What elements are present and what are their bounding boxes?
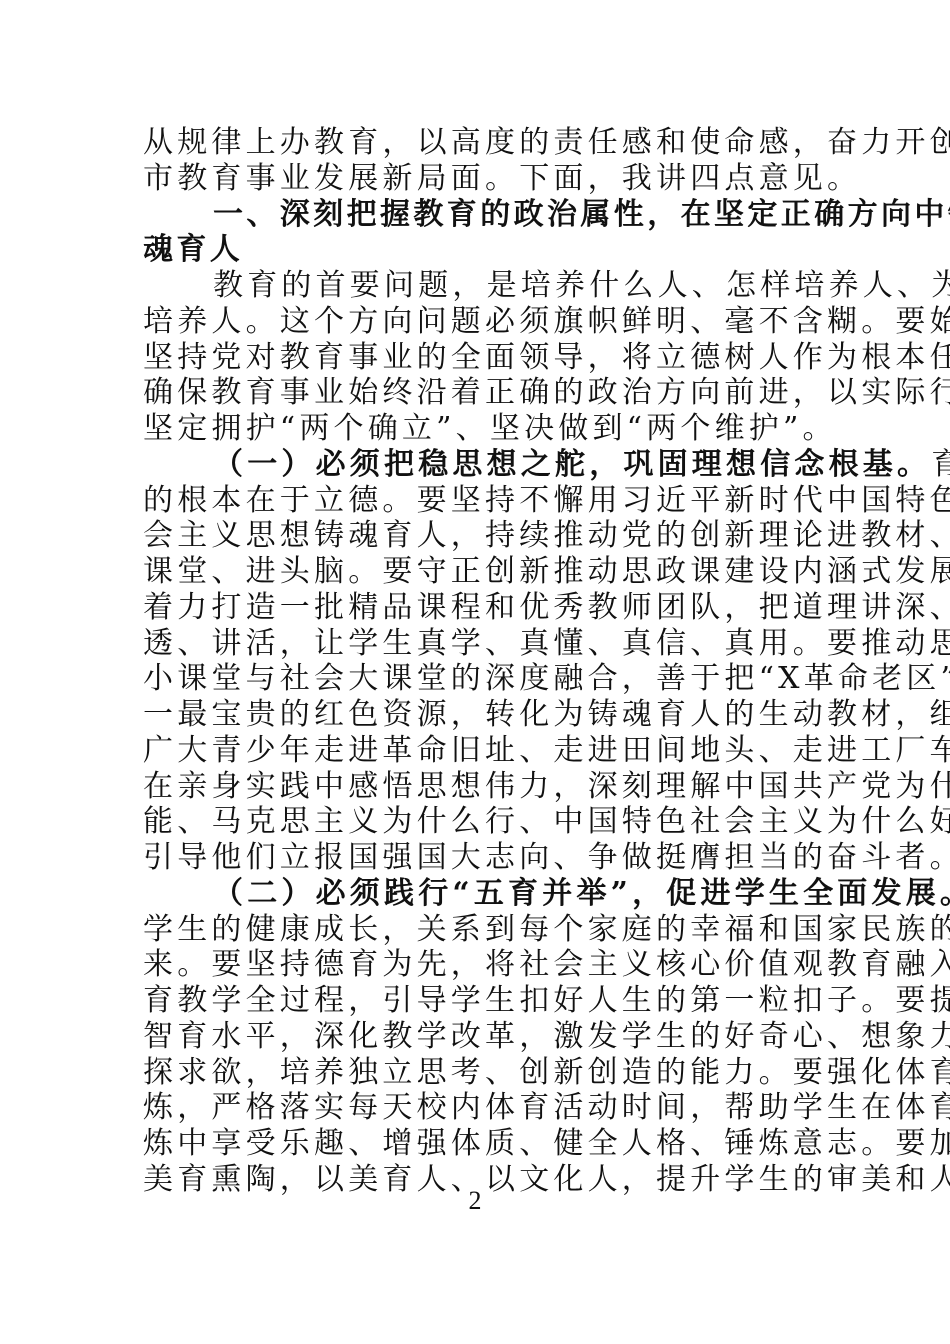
paragraph-line: 学生的健康成长，关系到每个家庭的幸福和国家民族的未	[143, 912, 809, 948]
document-page: 从规律上办教育，以高度的责任感和使命感，奋力开创我市教育事业发展新局面。下面，我…	[0, 0, 950, 1344]
line-text: 引导他们立报国强国大志向、争做挺膺担当的奋斗者。	[143, 840, 950, 875]
paragraph-line: 一最宝贵的红色资源，转化为铸魂育人的生动教材，组织	[143, 697, 809, 733]
line-text: 广大青少年走进革命旧址、走进田间地头、走进工厂车间	[143, 733, 950, 768]
paragraph-line: 小课堂与社会大课堂的深度融合，善于把“X革命老区”这	[143, 661, 809, 697]
line-text: 在亲身实践中感悟思想伟力，深刻理解中国共产党为什么	[143, 769, 950, 804]
heading-line: 魂育人	[143, 232, 809, 268]
line-text: 坚定拥护“两个确立”、坚决做到“两个维护”。	[143, 411, 837, 446]
line-text: 炼，严格落实每天校内体育活动时间，帮助学生在体育锻	[143, 1090, 950, 1125]
paragraph-line: 市教育事业发展新局面。下面，我讲四点意见。	[143, 161, 809, 197]
paragraph-line: 教育的首要问题，是培养什么人、怎样培养人、为谁	[143, 268, 809, 304]
paragraph-line: 引导他们立报国强国大志向、争做挺膺担当的奋斗者。	[143, 840, 809, 876]
line-text: 一、深刻把握教育的政治属性，在坚定正确方向中铸	[213, 197, 950, 232]
line-text: 确保教育事业始终沿着正确的政治方向前进，以实际行动	[143, 375, 950, 410]
line-text: 小课堂与社会大课堂的深度融合，善于把“X革命老区”这	[143, 661, 950, 696]
line-text: 课堂、进头脑。要守正创新推动思政课建设内涵式发展，	[143, 554, 950, 589]
line-text: 探求欲，培养独立思考、创新创造的能力。要强化体育锻	[143, 1055, 950, 1090]
subheading-text: （一）必须把稳思想之舵，巩固理想信念根基。	[213, 447, 931, 482]
line-text: 市教育事业发展新局面。下面，我讲四点意见。	[143, 161, 861, 196]
paragraph-line: （二）必须践行“五育并举”，促进学生全面发展。	[143, 876, 809, 912]
line-text: 透、讲活，让学生真学、真懂、真信、真用。要推动思政	[143, 626, 950, 661]
line-text: 育教学全过程，引导学生扣好人生的第一粒扣子。要提升	[143, 983, 950, 1018]
line-text: 学生的健康成长，关系到每个家庭的幸福和国家民族的未	[143, 912, 950, 947]
line-text: 一最宝贵的红色资源，转化为铸魂育人的生动教材，组织	[143, 697, 950, 732]
line-text: 魂育人	[143, 232, 243, 267]
paragraph-line: 会主义思想铸魂育人，持续推动党的创新理论进教材、进	[143, 518, 809, 554]
line-text: 来。要坚持德育为先，将社会主义核心价值观教育融入教	[143, 947, 950, 982]
line-text: 坚持党对教育事业的全面领导，将立德树人作为根本任务	[143, 340, 950, 375]
paragraph-line: 广大青少年走进革命旧址、走进田间地头、走进工厂车间	[143, 733, 809, 769]
heading-line: 一、深刻把握教育的政治属性，在坚定正确方向中铸	[143, 197, 809, 233]
paragraph-line: （一）必须把稳思想之舵，巩固理想信念根基。育人	[143, 447, 809, 483]
paragraph-line: 坚定拥护“两个确立”、坚决做到“两个维护”。	[143, 411, 809, 447]
paragraph-line: 育教学全过程，引导学生扣好人生的第一粒扣子。要提升	[143, 983, 809, 1019]
line-text: 着力打造一批精品课程和优秀教师团队，把道理讲深、讲	[143, 590, 950, 625]
line-text: 炼中享受乐趣、增强体质、健全人格、锤炼意志。要加强	[143, 1126, 950, 1161]
paragraph-line: 课堂、进头脑。要守正创新推动思政课建设内涵式发展，	[143, 554, 809, 590]
paragraph-line: 从规律上办教育，以高度的责任感和使命感，奋力开创我	[143, 125, 809, 161]
paragraph-line: 能、马克思主义为什么行、中国特色社会主义为什么好，	[143, 804, 809, 840]
page-number: 2	[0, 1186, 950, 1216]
line-text: 从规律上办教育，以高度的责任感和使命感，奋力开创我	[143, 125, 950, 160]
paragraph-line: 在亲身实践中感悟思想伟力，深刻理解中国共产党为什么	[143, 769, 809, 805]
paragraph-line: 的根本在于立德。要坚持不懈用习近平新时代中国特色社	[143, 483, 809, 519]
paragraph-line: 着力打造一批精品课程和优秀教师团队，把道理讲深、讲	[143, 590, 809, 626]
line-text: 的根本在于立德。要坚持不懈用习近平新时代中国特色社	[143, 483, 950, 518]
paragraph-line: 炼中享受乐趣、增强体质、健全人格、锤炼意志。要加强	[143, 1126, 809, 1162]
line-text: 培养人。这个方向问题必须旗帜鲜明、毫不含糊。要始终	[143, 304, 950, 339]
paragraph-line: 透、讲活，让学生真学、真懂、真信、真用。要推动思政	[143, 626, 809, 662]
paragraph-line: 炼，严格落实每天校内体育活动时间，帮助学生在体育锻	[143, 1090, 809, 1126]
line-text: 育人	[931, 447, 950, 482]
paragraph-line: 智育水平，深化教学改革，激发学生的好奇心、想象力和	[143, 1019, 809, 1055]
paragraph-line: 探求欲，培养独立思考、创新创造的能力。要强化体育锻	[143, 1055, 809, 1091]
line-text: 能、马克思主义为什么行、中国特色社会主义为什么好，	[143, 804, 950, 839]
line-text: 教育的首要问题，是培养什么人、怎样培养人、为谁	[213, 268, 950, 303]
line-text: 会主义思想铸魂育人，持续推动党的创新理论进教材、进	[143, 518, 950, 553]
subheading-text: （二）必须践行“五育并举”，促进学生全面发展。	[213, 876, 950, 911]
paragraph-line: 坚持党对教育事业的全面领导，将立德树人作为根本任务	[143, 340, 809, 376]
line-text: 智育水平，深化教学改革，激发学生的好奇心、想象力和	[143, 1019, 950, 1054]
paragraph-line: 确保教育事业始终沿着正确的政治方向前进，以实际行动	[143, 375, 809, 411]
paragraph-line: 培养人。这个方向问题必须旗帜鲜明、毫不含糊。要始终	[143, 304, 809, 340]
paragraph-line: 来。要坚持德育为先，将社会主义核心价值观教育融入教	[143, 947, 809, 983]
